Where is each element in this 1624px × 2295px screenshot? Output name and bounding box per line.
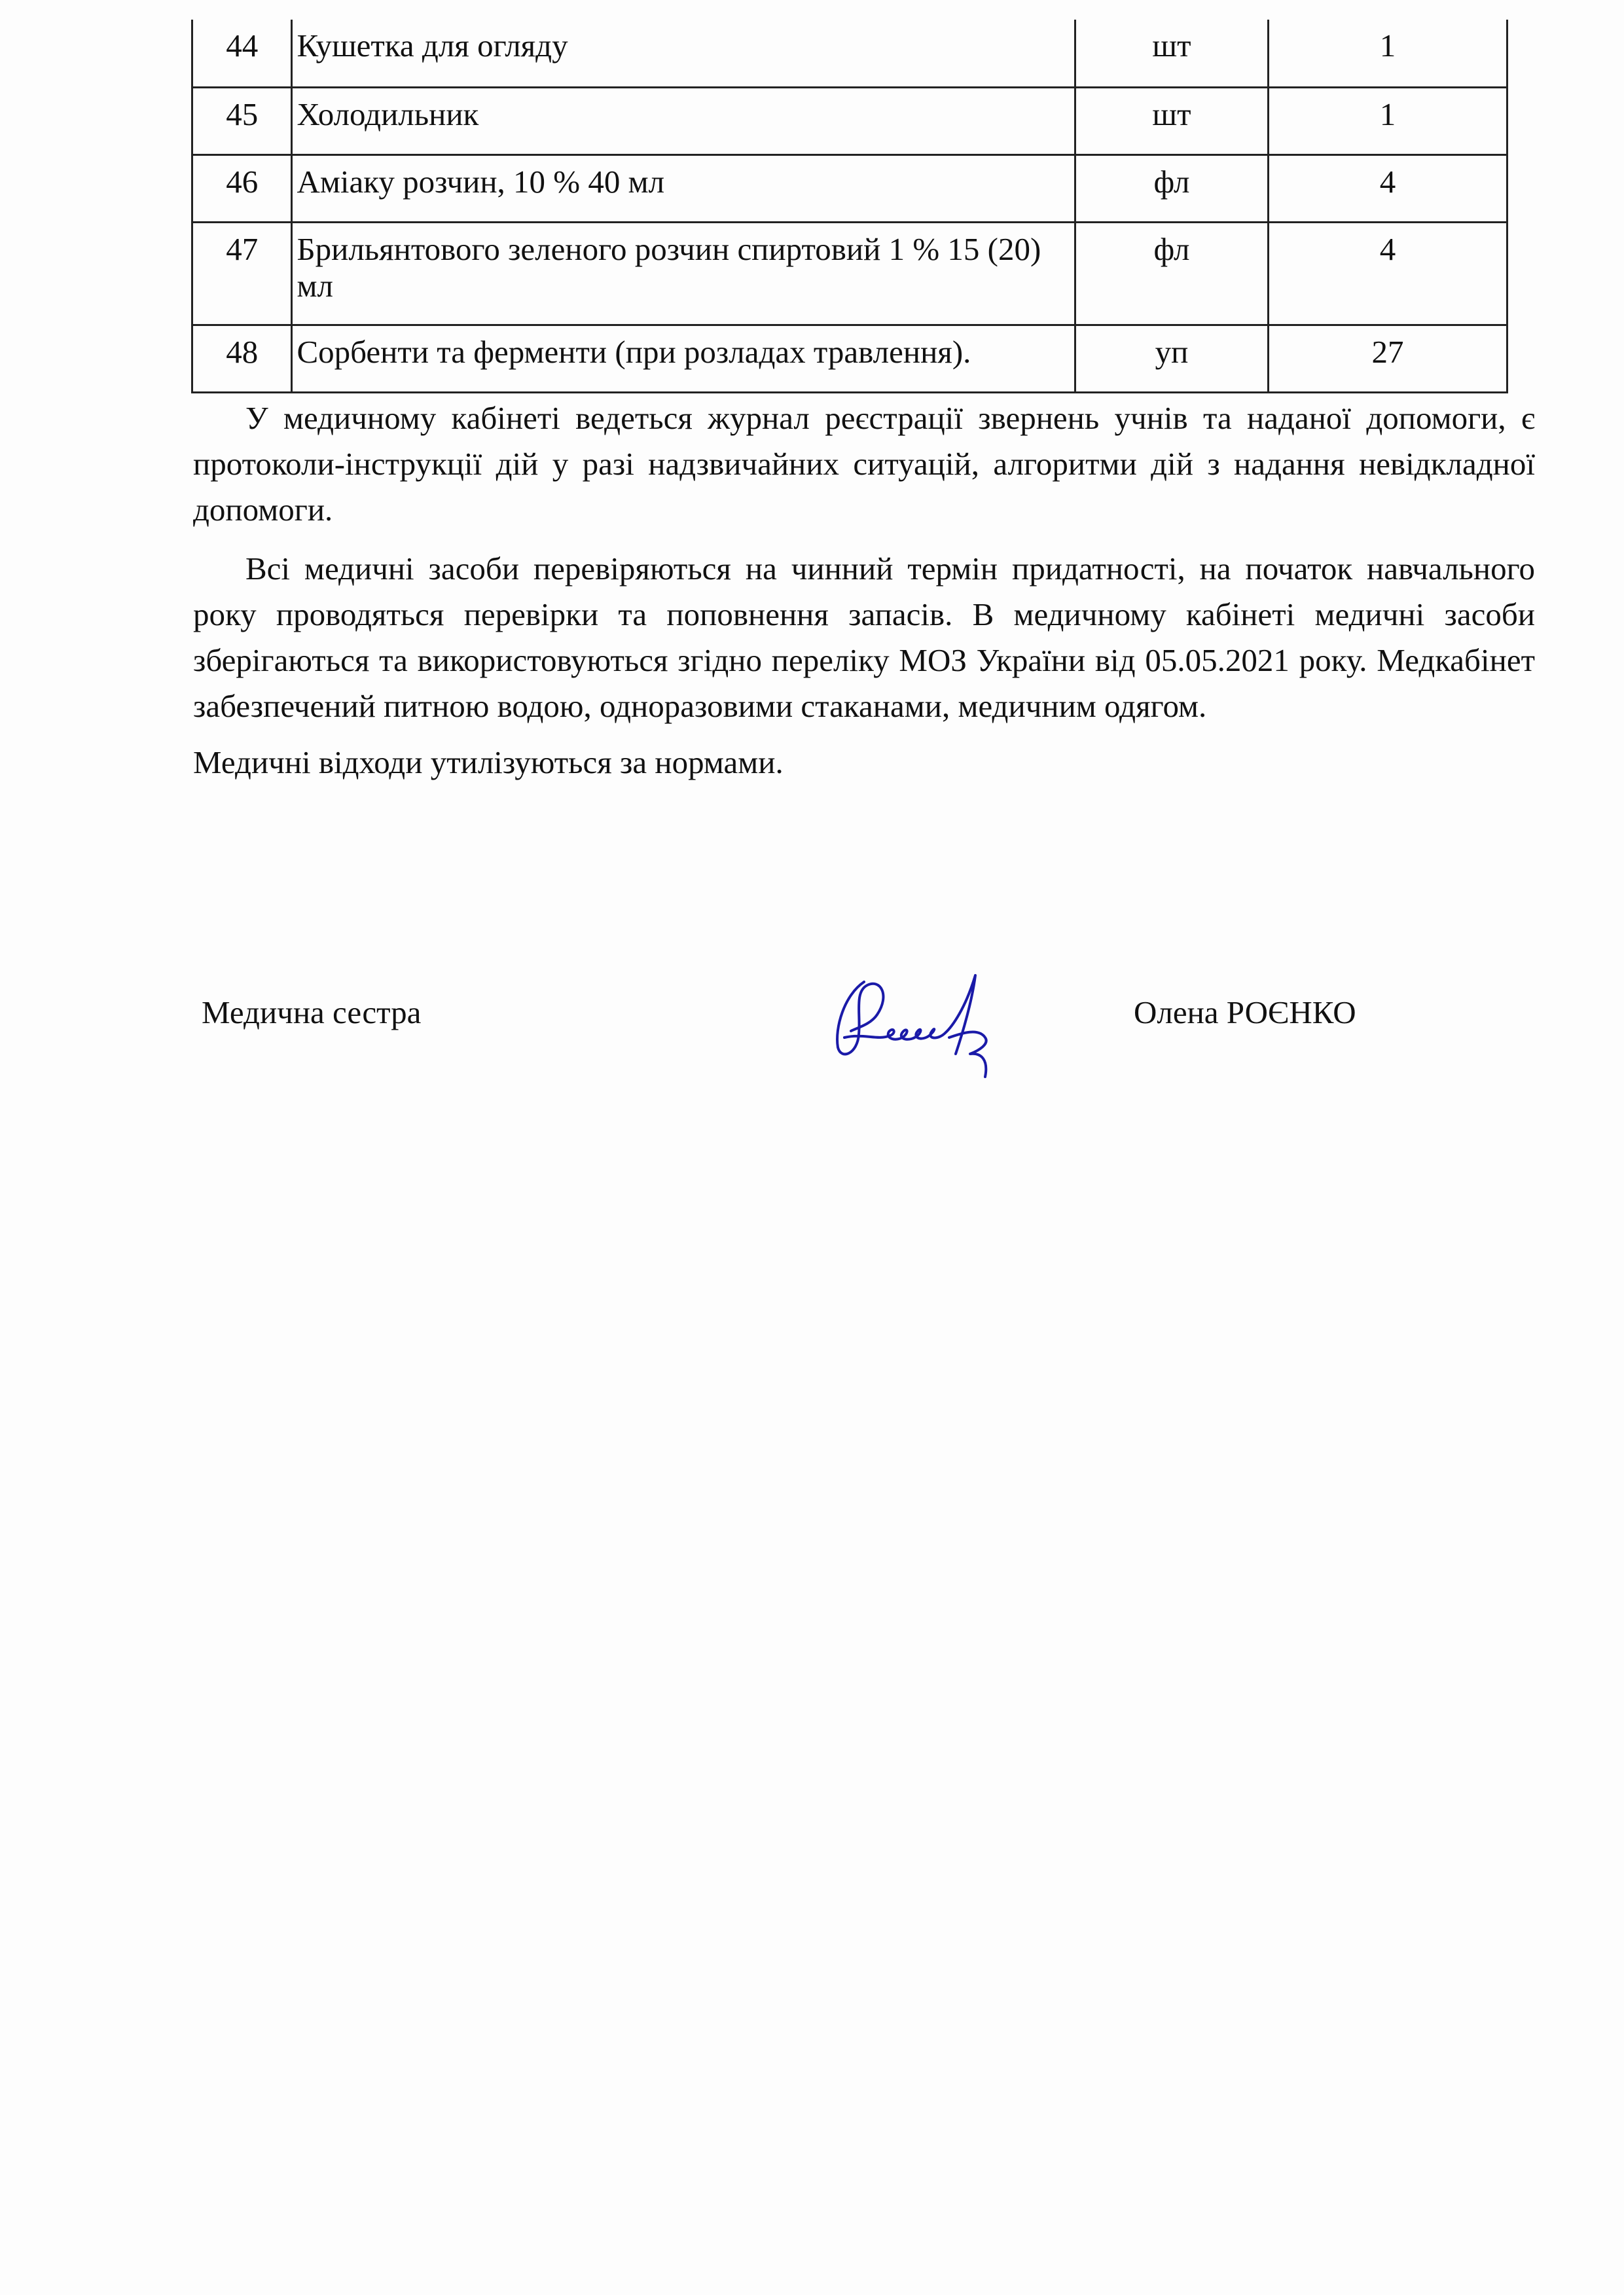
item-unit: фл: [1075, 222, 1268, 325]
item-name: Аміаку розчин, 10 % 40 мл: [292, 154, 1075, 222]
equipment-table: 44 Кушетка для огляду шт 1 45 Холодильни…: [191, 20, 1508, 393]
item-quantity: 4: [1269, 154, 1507, 222]
journal-paragraph: У медичному кабінеті ведеться журнал реє…: [193, 395, 1535, 533]
handwritten-signature-icon: [818, 956, 1067, 1080]
item-unit: фл: [1075, 154, 1268, 222]
row-number: 44: [192, 20, 292, 87]
row-number: 47: [192, 222, 292, 325]
table-row: 45 Холодильник шт 1: [192, 87, 1507, 154]
item-quantity: 4: [1269, 222, 1507, 325]
row-number: 48: [192, 325, 292, 392]
item-name: Сорбенти та ферменти (при розладах травл…: [292, 325, 1075, 392]
item-quantity: 1: [1269, 20, 1507, 87]
signatory-name: Олена РОЄНКО: [1134, 994, 1356, 1031]
item-unit: шт: [1075, 20, 1268, 87]
item-name: Холодильник: [292, 87, 1075, 154]
row-number: 45: [192, 87, 292, 154]
item-name: Кушетка для огляду: [292, 20, 1075, 87]
signatory-role: Медична сестра: [202, 994, 421, 1031]
row-number: 46: [192, 154, 292, 222]
item-unit: шт: [1075, 87, 1268, 154]
item-name: Брильянтового зеленого розчин спиртовий …: [292, 222, 1075, 325]
item-quantity: 27: [1269, 325, 1507, 392]
table-row: 44 Кушетка для огляду шт 1: [192, 20, 1507, 87]
document-page: 44 Кушетка для огляду шт 1 45 Холодильни…: [0, 0, 1624, 2295]
waste-paragraph: Медичні відходи утилізуються за нормами.: [193, 740, 1535, 786]
supplies-paragraph: Всі медичні засоби перевіряються на чинн…: [193, 546, 1535, 729]
item-quantity: 1: [1269, 87, 1507, 154]
table-row: 48 Сорбенти та ферменти (при розладах тр…: [192, 325, 1507, 392]
item-unit: уп: [1075, 325, 1268, 392]
table-row: 46 Аміаку розчин, 10 % 40 мл фл 4: [192, 154, 1507, 222]
table-row: 47 Брильянтового зеленого розчин спиртов…: [192, 222, 1507, 325]
